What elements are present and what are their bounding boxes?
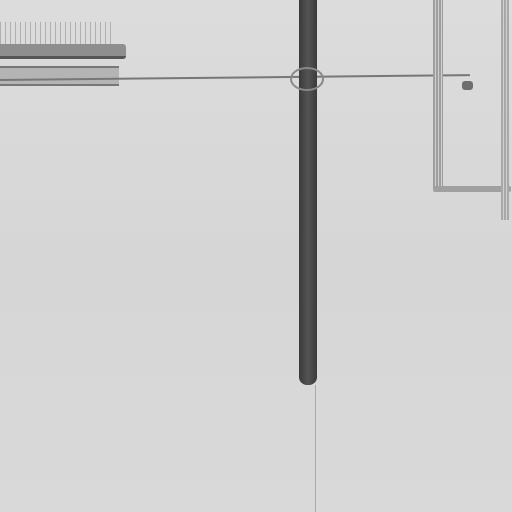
- ledge: [0, 44, 126, 59]
- conduit-bundle-vertical: [433, 0, 443, 190]
- bird-spikes: [0, 22, 115, 46]
- wire-anchor: [462, 81, 473, 90]
- conduit-right-edge: [501, 0, 509, 220]
- conduit-bundle-horizontal: [433, 186, 511, 192]
- wall-photo: [0, 0, 512, 512]
- downpipe: [299, 0, 317, 385]
- ledge-base: [0, 66, 119, 86]
- wall-crack: [315, 385, 316, 512]
- pipe-clamp: [290, 67, 324, 91]
